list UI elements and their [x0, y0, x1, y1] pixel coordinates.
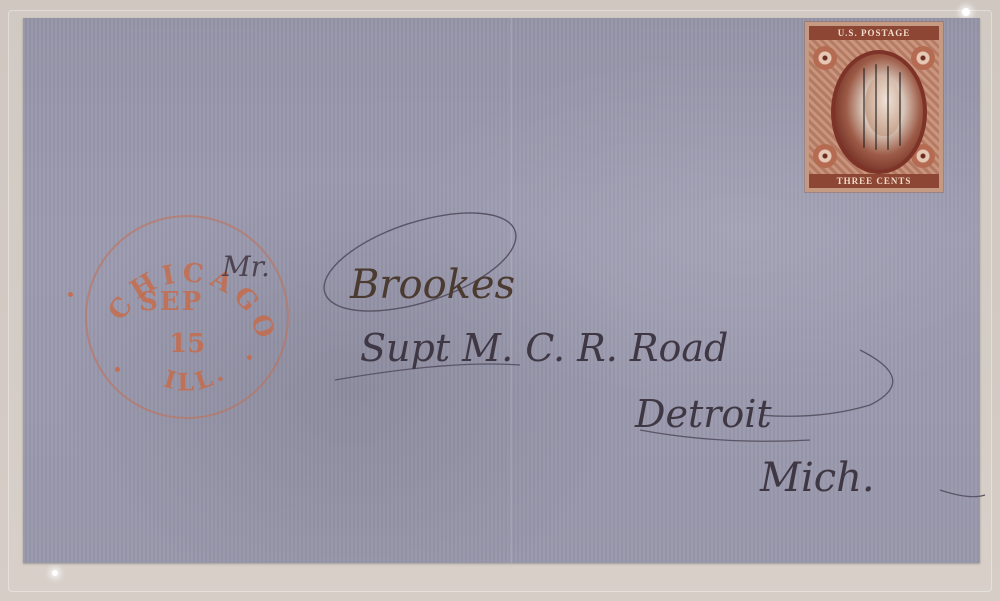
address-name: Brookes — [350, 262, 515, 308]
address-state: Mich. — [760, 455, 875, 501]
address-city: Detroit — [635, 392, 772, 436]
address-honorific: Mr. — [222, 250, 270, 283]
address-title-line: Supt M. C. R. Road — [360, 326, 728, 370]
